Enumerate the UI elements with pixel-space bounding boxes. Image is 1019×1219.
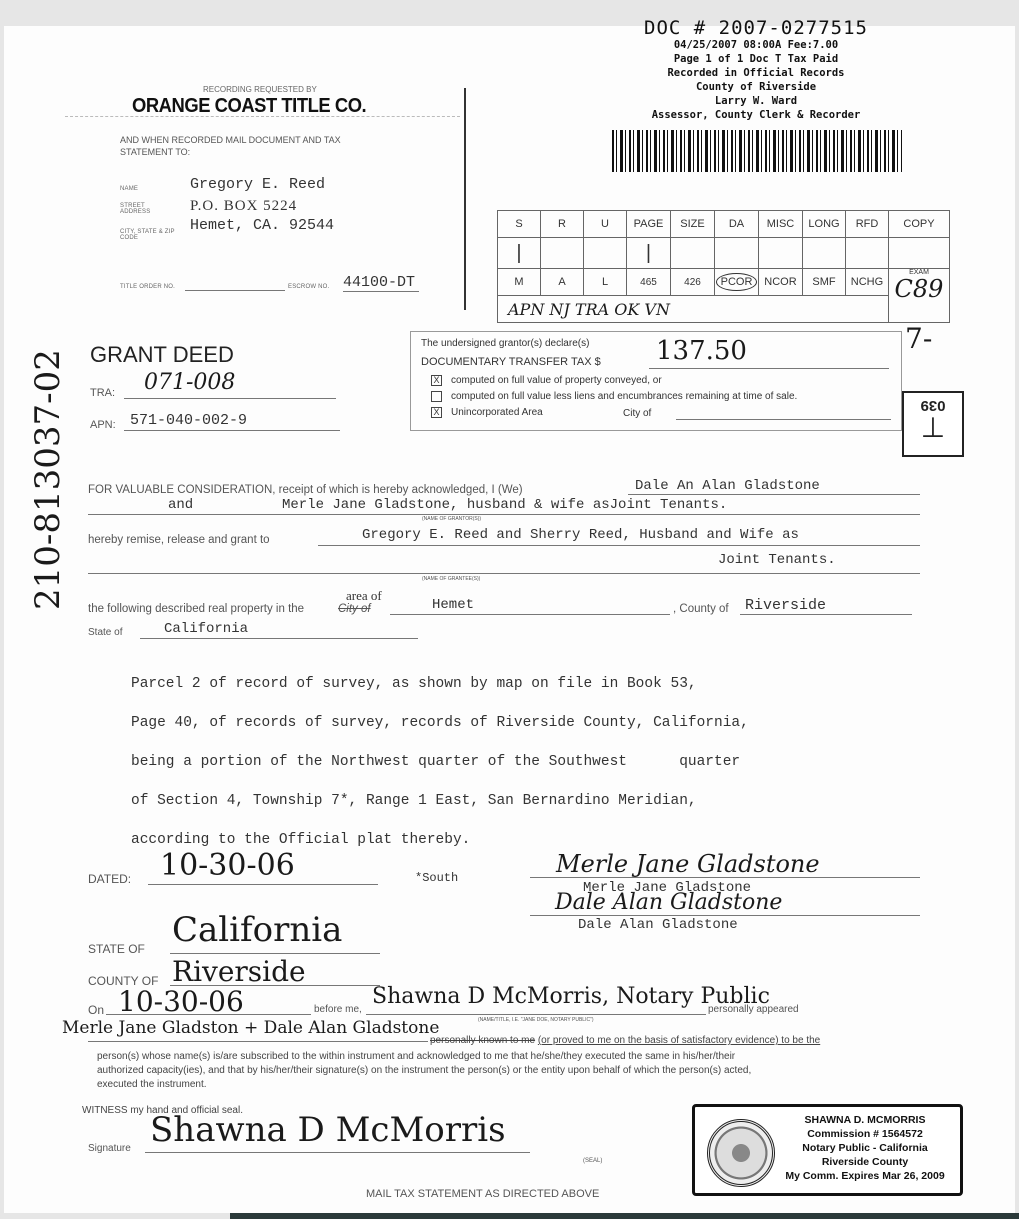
property-city-line [390,614,670,615]
area-of-insert: area of [346,588,382,604]
grantee-line-1: Gregory E. Reed and Sherry Reed, Husband… [362,527,799,543]
fee-cell: SIZE [671,211,715,238]
fee-cell: U [584,211,627,238]
notary-state-line [170,953,380,954]
recorder-line: Recorded in Official Records [606,66,906,80]
signature-label: Signature [88,1143,131,1154]
seal-label: (SEAL) [583,1158,602,1164]
recorded-datetime: 04/25/2007 08:00A Fee:7.00 [606,38,906,52]
bottom-bar [0,1213,1019,1219]
grantor-caption: (NAME OF GRANTOR(S)) [422,516,481,522]
dated-line [148,884,378,885]
notary-signature-line [145,1152,530,1153]
grantor-line-rule [628,494,920,495]
recorder-stamp: DOC # 2007-0277515 04/25/2007 08:00A Fee… [606,18,906,122]
escrow-label: ESCROW NO. [288,284,329,290]
ack-line: authorized capacity(ies), and that by hi… [97,1064,917,1078]
fee-cell [671,238,715,269]
fee-cell: SMF [803,269,846,296]
fee-cell: MISC [759,211,803,238]
doc-number: DOC # 2007-0277515 [606,18,906,38]
fee-cell [846,238,889,269]
county-label: , County of [673,603,729,615]
property-city: Hemet [432,597,474,613]
grantee-line-rule [88,573,920,574]
property-state: California [164,621,248,637]
personally-known-struck: personally known to me [430,1035,535,1046]
fee-cell: M [498,269,541,296]
tra-label: TRA: [90,387,115,399]
mark-seven: 7- [905,322,932,355]
page-info: Page 1 of 1 Doc T Tax Paid [606,52,906,66]
fee-cell: R [541,211,584,238]
apn-line [124,430,340,431]
property-state-line [140,638,418,639]
proved-text: (or proved to me on the basis of satisfa… [538,1035,820,1046]
recording-requested-label: RECORDING REQUESTED BY [203,85,317,94]
mail-name: Gregory E. Reed [190,176,325,193]
consideration-text: FOR VALUABLE CONSIDERATION, receipt of w… [88,484,523,496]
tax-amount: 137.50 [656,336,747,366]
signature-line-1 [530,877,920,878]
vertical-file-number: 210-813037-02 [28,349,68,610]
mail-tax-footer: MAIL TAX STATEMENT AS DIRECTED ABOVE [366,1188,599,1200]
seal-expires: My Comm. Expires Mar 26, 2009 [773,1169,957,1183]
box-tick: ⊥ [904,414,962,442]
handwritten-note: APN NJ TRA OK VN [498,296,889,323]
property-text: the following described real property in… [88,603,304,615]
dated-value: 10-30-06 [160,848,295,883]
signature-dale: Dale Alan Gladstone [555,890,782,915]
fee-cell: COPY [889,211,950,238]
exam-initials: C89 [889,276,949,302]
state-seal-icon [707,1119,775,1187]
ack-line: person(s) whose name(s) is/are subscribe… [97,1050,917,1064]
on-date: 10-30-06 [118,985,244,1018]
vertical-divider [464,88,466,310]
seal-county: Riverside County [773,1155,957,1169]
mail-street: P.O. BOX 5224 [190,198,297,215]
signature-line-2 [530,915,920,916]
name-label: NAME [120,186,138,192]
grantor-line-1: Dale An Alan Gladstone [635,478,820,494]
fee-cell: NCOR [759,269,803,296]
fee-cell: 426 [671,269,715,296]
city-label: CITY, STATE & ZIP CODE [120,229,180,241]
on-label: On [88,1003,104,1017]
legal-line: Page 40, of records of survey, records o… [131,714,749,734]
city-of-label: City of [623,408,651,419]
fee-cell [715,238,759,269]
fee-cell: S [498,211,541,238]
fee-cell: RFD [846,211,889,238]
dated-label: DATED: [88,872,131,886]
appeared-names: Merle Jane Gladston + Dale Alan Gladston… [62,1018,439,1038]
grantee-caption: (NAME OF GRANTEE(S)) [422,576,480,582]
recorder-fee-table: S R U PAGE SIZE DA MISC LONG RFD COPY | … [497,210,950,323]
fee-cell: 465 [627,269,671,296]
seal-title: Notary Public - California [773,1141,957,1155]
title-order-label: TITLE ORDER NO. [120,284,175,290]
checkbox-unincorporated[interactable]: X [431,407,442,418]
option-unincorporated: Unincorporated Area [451,407,543,418]
notary-state: California [172,910,342,950]
printed-dale: Dale Alan Gladstone [578,917,738,933]
notary-state-label: STATE OF [88,942,145,956]
fee-cell [759,238,803,269]
seal-name: SHAWNA D. MCMORRIS [773,1113,957,1127]
box-number: 039 [904,397,962,414]
legal-line: Parcel 2 of record of survey, as shown b… [131,675,749,695]
barcode-icon [612,130,902,172]
option-less-liens: computed on full value less liens and en… [451,391,797,402]
amount-line [649,368,889,369]
fee-cell: DA [715,211,759,238]
tra-line [124,398,336,399]
fee-cell: | [627,238,671,269]
apn-value: 571-040-002-9 [130,412,247,429]
mail-to-label: AND WHEN RECORDED MAIL DOCUMENT AND TAX … [120,134,370,158]
bottom-bar-dark [230,1213,1019,1219]
street-label: STREET ADDRESS [120,203,160,215]
pcor-circled: PCOR [716,273,758,291]
grantor-and: and [168,497,193,513]
fee-cell [584,238,627,269]
personally-appeared-label: personally appeared [708,1004,799,1015]
escrow-number: 44100-DT [343,274,419,292]
property-county: Riverside [745,597,826,614]
recorder-line: Larry W. Ward [606,94,906,108]
notary-name-line [366,1014,706,1015]
notary-signature: Shawna D McMorris [150,1110,506,1150]
grantor-line-2: Merle Jane Gladstone, husband & wife asJ… [282,497,727,513]
tra-value: 071-008 [144,370,235,395]
grantee-line-2: Joint Tenants. [718,552,836,568]
option-full-value: computed on full value of property conve… [451,375,662,386]
seal-commission: Commission # 1564572 [773,1127,957,1141]
checkbox-full-value[interactable]: X [431,375,442,386]
before-me-label: before me, [314,1004,362,1015]
city-struck: City of [338,603,371,615]
mail-city: Hemet, CA. 92544 [190,217,334,234]
fee-cell: NCHG [846,269,889,296]
exam-cell: EXAM C89 [889,269,950,323]
recorder-line: County of Riverside [606,80,906,94]
deed-title: GRANT DEED [90,342,234,368]
grantee-line-rule [318,545,920,546]
fee-cell: PAGE [627,211,671,238]
legal-line: being a portion of the Northwest quarter… [131,753,749,773]
grantor-line-rule [88,514,920,515]
state-label: State of [88,627,122,638]
transfer-tax-box: The undersigned grantor(s) declare(s) DO… [410,331,902,431]
appeared-names-line [88,1041,428,1042]
signature-merle: Merle Jane Gladstone [556,850,820,878]
notary-name-caption: (NAME/TITLE, I.E. "JANE DOE, NOTARY PUBL… [478,1017,594,1023]
dtt-label: DOCUMENTARY TRANSFER TAX $ [421,356,601,368]
number-box: 039 ⊥ [902,391,964,457]
fee-cell: L [584,269,627,296]
fee-cell [889,238,950,269]
fee-cell: A [541,269,584,296]
known-proved-line: personally known to me (or proved to me … [430,1034,820,1048]
legal-line: of Section 4, Township 7*, Range 1 East,… [131,792,749,812]
notary-seal: SHAWNA D. MCMORRIS Commission # 1564572 … [692,1104,963,1196]
notary-county: Riverside [172,955,306,988]
city-of-line [676,419,891,420]
grant-text: hereby remise, release and grant to [88,534,270,546]
declare-text: The undersigned grantor(s) declare(s) [421,338,589,349]
recorder-line: Assessor, County Clerk & Recorder [606,108,906,122]
title-order-line [185,290,285,291]
apn-label: APN: [90,419,116,431]
property-county-line [740,614,912,615]
fee-cell [541,238,584,269]
divider [65,116,460,117]
fee-cell-pcor: PCOR [715,269,759,296]
fee-cell: | [498,238,541,269]
fee-cell: LONG [803,211,846,238]
checkbox-less-liens[interactable] [431,391,442,402]
fee-cell [803,238,846,269]
ack-line: executed the instrument. [97,1078,917,1092]
acknowledgment-paragraph: person(s) whose name(s) is/are subscribe… [97,1050,917,1092]
title-company: ORANGE COAST TITLE CO. [132,95,366,118]
